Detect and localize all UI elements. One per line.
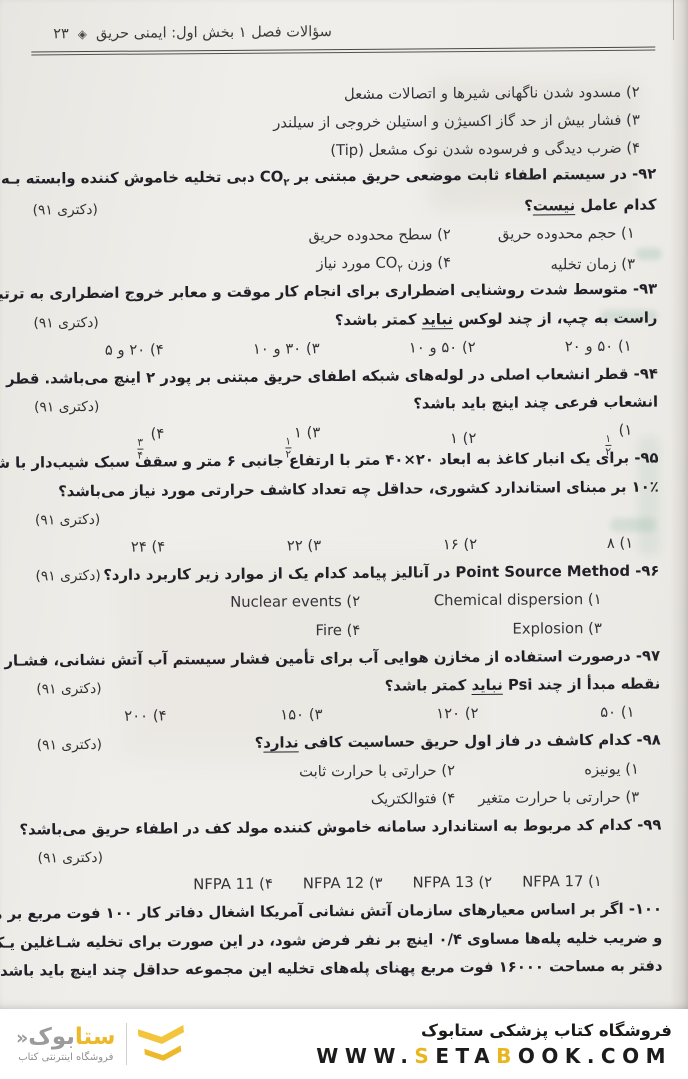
diamond-ornament-icon: ◈ <box>78 27 87 41</box>
answer-option: ۲) مسدود شدن ناگهانی شیرها و اتصالات مشع… <box>344 79 640 110</box>
wordmark-gray-part: بوک <box>28 1024 75 1050</box>
options-row: ۱) حجم محدوده حریق۲) سطح محدوده حریق <box>33 219 657 252</box>
publisher-logo: ستابوک« فروشگاه اینترنتی کتاب <box>16 1023 185 1065</box>
exam-source-tag: (دکتری ۹۱) <box>35 506 101 535</box>
question-line: دفتر به مساحت ۱۶۰۰۰ فوت مربع پهنای پله‌ه… <box>38 952 662 985</box>
answer-option: ۲) سطح محدوده حریق <box>33 221 451 252</box>
logo-wordmark-block: ستابوک« فروشگاه اینترنتی کتاب <box>16 1025 116 1062</box>
answer-option: ۱) Chemical dispersion <box>360 586 660 617</box>
question-text: راست به چپ، از چند لوکس نباید کمتر باشد؟ <box>335 304 658 335</box>
logo-tagline: فروشگاه اینترنتی کتاب <box>18 1052 113 1063</box>
url-letter-s: S <box>414 1044 435 1068</box>
answer-option: ۱) ۸ <box>503 530 659 559</box>
publisher-url: WWW.SETABOOK.COM <box>316 1044 672 1068</box>
answer-option: ۳) حرارتی با حرارت متغیر <box>455 783 661 813</box>
answer-option: ۲) NFPA 13 <box>412 869 492 898</box>
answer-option: ۲) ۱۲۰ <box>348 700 504 729</box>
answer-option: ۴) ۲۰ و ۵ <box>34 336 190 365</box>
answer-option: ۳) فشار بیش از حد گاز اکسیژن و استیلن خر… <box>273 107 640 138</box>
logo-divider <box>126 1023 128 1065</box>
answer-option: ۴) فتوالکتریک <box>37 785 455 816</box>
answer-option: ۱) حجم محدوده حریق <box>451 219 657 249</box>
exam-source-tag: (دکتری ۹۱) <box>36 675 102 704</box>
header-double-rule <box>31 47 655 56</box>
answer-option: ۲) حرارتی با حرارت ثابت <box>37 757 455 788</box>
question-text: ۹۶- Point Source Method در آنالیز پیامد … <box>103 558 659 591</box>
exam-source-tag: (دکتری ۹۱) <box>37 731 103 760</box>
exam-source-tag: (دکتری ۹۱) <box>35 562 101 591</box>
publisher-text-block: فروشگاه کتاب پزشکی ستابوک WWW.SETABOOK.C… <box>316 1021 672 1068</box>
question-text: دفتر به مساحت ۱۶۰۰۰ فوت مربع پهنای پله‌ه… <box>38 952 662 985</box>
chevron-shape <box>144 1045 182 1062</box>
answer-option: ۴) ۲۴ <box>35 533 191 562</box>
answer-option: ۱) ۵۰ و ۲۰ <box>502 332 658 361</box>
scanned-book-page-viewer: { "header": { "page_number": "۲۳", "orna… <box>0 0 688 1079</box>
wordmark-yellow-part: ستا <box>75 1024 116 1050</box>
answer-option: ۴) Fire <box>36 616 361 647</box>
exam-source-tag: (دکتری ۹۱) <box>38 844 104 873</box>
answer-option: ۴) NFPA 11 <box>193 871 273 900</box>
setabook-chevron-logo-icon <box>138 1025 187 1063</box>
question-text: ۹۸- کدام کاشف در فاز اول حریق حساسیت کاف… <box>255 727 661 758</box>
answer-option: ۴) ۲۰۰ <box>36 702 192 731</box>
chevron-shape <box>138 1025 185 1046</box>
publisher-footer: فروشگاه کتاب پزشکی ستابوک WWW.SETABOOK.C… <box>0 1009 688 1079</box>
answer-option: ۳) ۱۵۰ <box>192 701 348 730</box>
question-line: ۹۹- کدام کد مربوط به استاندارد سامانه خا… <box>37 811 661 844</box>
url-suffix: OOK.COM <box>518 1044 672 1068</box>
exam-source-tag: (دکتری ۹۱) <box>34 393 100 422</box>
answer-option: ۲) ۵۰ و ۱۰ <box>346 333 502 362</box>
guillemet-mark: « <box>16 1027 28 1049</box>
exam-source-tag: (دکتری ۹۱) <box>33 308 99 337</box>
exam-source-tag: (دکتری ۹۱) <box>32 196 98 225</box>
page-scan-tilt-wrapper: سؤالات فصل ۱ بخش اول: ایمنی حریق ◈ ۲۳ ۲)… <box>0 0 688 986</box>
url-prefix: WWW. <box>316 1044 414 1068</box>
answer-option: ۳) NFPA 12 <box>303 870 383 899</box>
page-header: سؤالات فصل ۱ بخش اول: ایمنی حریق ◈ ۲۳ <box>31 18 655 47</box>
answer-option: ۱) NFPA 17 <box>522 868 602 897</box>
answer-option: ۳) ۳۰ و ۱۰ <box>190 335 346 364</box>
publisher-name: فروشگاه کتاب پزشکی ستابوک <box>316 1021 672 1040</box>
question-line: ۱۰٪ بر مبنای استاندارد کشوری، حداقل چه ت… <box>35 473 659 506</box>
url-mid: ETA <box>435 1044 496 1068</box>
answer-option: ۱) ۵۰ <box>504 699 660 728</box>
scanned-paper: سؤالات فصل ۱ بخش اول: ایمنی حریق ◈ ۲۳ ۲)… <box>0 0 688 1009</box>
page-number: ۲۳ <box>53 26 69 42</box>
book-page: سؤالات فصل ۱ بخش اول: ایمنی حریق ◈ ۲۳ ۲)… <box>0 0 688 1079</box>
answer-option: ۱) یونیزه <box>455 755 661 785</box>
chapter-title: سؤالات فصل ۱ بخش اول: ایمنی حریق <box>96 24 332 42</box>
answer-option: ۳) ۲۲ <box>191 532 347 561</box>
answer-option: ۲) ۱۶ <box>347 531 503 560</box>
answer-option: ۳) Explosion <box>360 614 660 645</box>
question-text: ۹۹- کدام کد مربوط به استاندارد سامانه خا… <box>37 811 661 844</box>
question-text: ۱۰٪ بر مبنای استاندارد کشوری، حداقل چه ت… <box>58 473 659 506</box>
logo-wordmark: ستابوک« <box>16 1025 116 1050</box>
answer-option: ۲) Nuclear events <box>36 588 361 619</box>
question-text: انشعاب فرعی چند اینچ باید باشد؟ <box>413 389 658 419</box>
page-edge-line <box>673 0 674 40</box>
questions-content: ۲) مسدود شدن ناگهانی شیرها و اتصالات مشع… <box>32 79 663 986</box>
url-letter-b: B <box>496 1044 518 1068</box>
question-text: کدام عامل نیست؟ <box>524 191 657 220</box>
question-text: نقطه مبدأ از چند Psi نباید کمتر باشد؟ <box>385 670 661 700</box>
